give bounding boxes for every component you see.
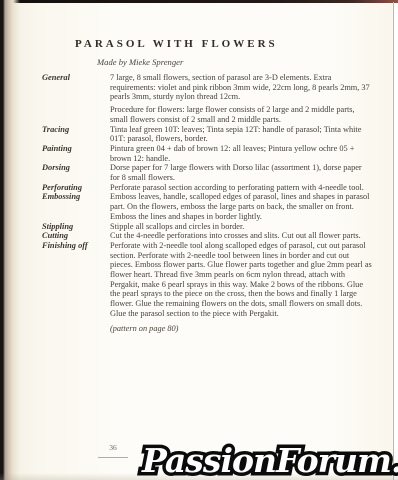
instruction-row-embossing: Embossing Emboss leaves, handle, scallop… xyxy=(42,192,373,221)
row-label: Painting xyxy=(42,144,110,154)
row-body: 7 large, 8 small flowers, section of par… xyxy=(110,73,373,125)
paragraph: Stipple all scallops and circles in bord… xyxy=(110,222,373,232)
row-body: Perforate parasol section according to p… xyxy=(110,183,373,193)
instruction-row-perforating: Perforating Perforate parasol section ac… xyxy=(42,183,373,193)
row-body: Dorse paper for 7 large flowers with Dor… xyxy=(110,163,373,182)
pattern-note: (pattern on page 80) xyxy=(110,324,178,333)
instruction-row-painting: Painting Pintura green 04 + dab of brown… xyxy=(42,144,373,163)
paragraph: Dorse paper for 7 large flowers with Dor… xyxy=(110,163,373,182)
paragraph: Perforate parasol section according to p… xyxy=(110,183,373,193)
instruction-row-tracing: Tracing Tinta leaf green 10T: leaves; Ti… xyxy=(42,125,373,144)
row-label: Perforating xyxy=(42,183,110,193)
page-number: 36 xyxy=(109,443,117,452)
page-number-block: 36 xyxy=(98,437,128,458)
paragraph: Procedure for flowers: large flower cons… xyxy=(110,105,373,124)
instruction-list: General 7 large, 8 small flowers, sectio… xyxy=(42,73,373,319)
paragraph: 7 large, 8 small flowers, section of par… xyxy=(110,73,373,102)
instruction-row-stippling: Stippling Stipple all scallops and circl… xyxy=(42,222,373,232)
book-spine-shadow xyxy=(0,0,20,480)
paragraph: Tinta leaf green 10T: leaves; Tinta sepi… xyxy=(110,125,373,144)
page-number-rule xyxy=(98,457,128,458)
page-right-edge xyxy=(393,2,394,480)
byline: Made by Mieke Sprenger xyxy=(97,57,183,67)
watermark: PassionForum.ru PassionForum.ru xyxy=(142,441,398,480)
row-label: Tracing xyxy=(42,125,110,135)
paragraph: Pintura green 04 + dab of brown 12: all … xyxy=(110,144,373,163)
instruction-row-cutting: Cutting Cut the 4-needle perforations in… xyxy=(42,231,373,241)
paragraph: Emboss leaves, handle, scalloped edges o… xyxy=(110,192,373,221)
row-label: Cutting xyxy=(42,231,110,241)
paragraph: Perforate with 2-needle tool along scall… xyxy=(110,241,373,319)
row-body: Emboss leaves, handle, scalloped edges o… xyxy=(110,192,373,221)
watermark-fill-text: PassionForum.ru xyxy=(142,441,398,480)
scan-top-edge xyxy=(0,0,398,3)
row-body: Cut the 4-needle perforations into cross… xyxy=(110,231,373,241)
paragraph: Cut the 4-needle perforations into cross… xyxy=(110,231,373,241)
row-body: Tinta leaf green 10T: leaves; Tinta sepi… xyxy=(110,125,373,144)
row-label: Dorsing xyxy=(42,163,110,173)
instruction-row-general: General 7 large, 8 small flowers, sectio… xyxy=(42,73,373,125)
page-title: PARASOL WITH FLOWERS xyxy=(75,38,278,50)
row-label: Embossing xyxy=(42,192,110,202)
row-body: Stipple all scallops and circles in bord… xyxy=(110,222,373,232)
row-label: General xyxy=(42,73,110,83)
book-page-scan: PARASOL WITH FLOWERS Made by Mieke Spren… xyxy=(0,0,398,480)
row-label: Finishing off xyxy=(42,241,110,251)
instruction-row-dorsing: Dorsing Dorse paper for 7 large flowers … xyxy=(42,163,373,182)
instruction-row-finishing-off: Finishing off Perforate with 2-needle to… xyxy=(42,241,373,319)
row-body: Perforate with 2-needle tool along scall… xyxy=(110,241,373,319)
row-body: Pintura green 04 + dab of brown 12: all … xyxy=(110,144,373,163)
row-label: Stippling xyxy=(42,222,110,232)
